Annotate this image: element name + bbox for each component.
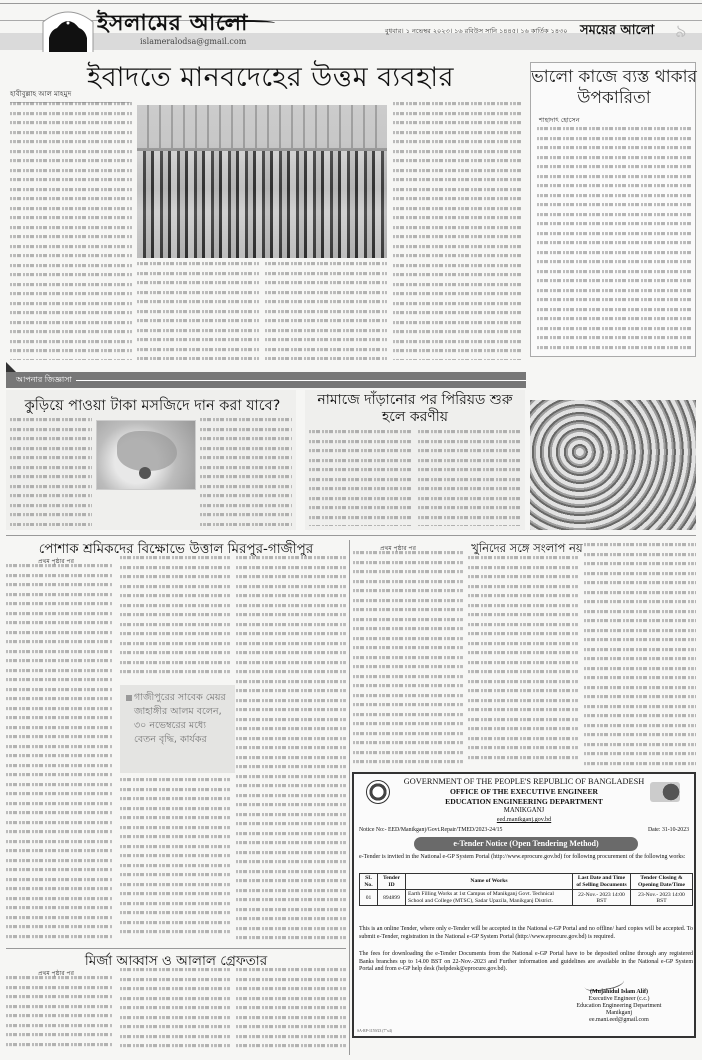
qa-right-column-1 <box>309 430 413 526</box>
office-title: OFFICE OF THE EXECUTIVE ENGINEER <box>354 787 694 796</box>
qa-left-column-1 <box>10 418 92 526</box>
lead-column-4 <box>393 102 521 360</box>
garment-column-3 <box>236 556 346 944</box>
dialogue-column-3 <box>584 543 696 766</box>
header-name-of-works: Name of Works <box>406 874 573 890</box>
notice-date: Date: 31-10-2023 <box>648 827 689 833</box>
garment-column-2b <box>120 778 230 944</box>
lead-column-1 <box>10 102 132 360</box>
mosque-icon <box>41 8 95 52</box>
masthead: ইসলামের আলো islameralodsa@gmail.com বুধব… <box>0 0 702 52</box>
side-headline: ভালো কাজে ব্যস্ত থাকার উপকারিতা <box>531 67 697 109</box>
decorative-swoosh <box>215 20 275 26</box>
lead-byline: হাবীবুল্লাহ আল মাহমুদ <box>10 88 130 103</box>
dialogue-column-2 <box>468 556 578 766</box>
header-closing-date: Tender Closing & Opening Date/Time <box>631 874 693 890</box>
coin-hand-photo <box>96 420 196 490</box>
side-article-box: ভালো কাজে ব্যস্ত থাকার উপকারিতা শাহাদাৎ … <box>530 62 696 357</box>
qa-right-headline: নামাজে দাঁড়ানোর পর পিরিয়ড শুরু হলে করণ… <box>305 392 525 426</box>
divider <box>6 948 346 949</box>
pull-quote: গাজীপুরের সাবেক মেয়র জাহাঙ্গীর আলম বলেন… <box>120 685 235 773</box>
tender-notice-ad: GOVERNMENT OF THE PEOPLE'S REPUBLIC OF B… <box>352 772 696 1038</box>
tender-intro: e-Tender is invited in the National e-GP… <box>359 854 693 862</box>
contact-email: islameralodsa@gmail.com <box>140 37 246 46</box>
header-sl: SL No. <box>360 874 378 890</box>
paper-name: সময়ের আলো <box>580 21 654 42</box>
lead-column-3 <box>265 262 387 360</box>
tender-table: SL No. Tender ID Name of Works Last Date… <box>359 873 693 906</box>
divider <box>349 540 350 1055</box>
government-title: GOVERNMENT OF THE PEOPLE'S REPUBLIC OF B… <box>354 777 694 786</box>
tender-title-banner: e-Tender Notice (Open Tendering Method) <box>414 837 638 851</box>
square-bullet-icon <box>126 695 132 701</box>
dialogue-column-1 <box>353 551 463 766</box>
calligraphy-photo <box>530 400 696 530</box>
header-last-date: Last Date and Time of Selling Documents <box>573 874 631 890</box>
website-link[interactable]: eed.manikganj.gov.bd <box>354 816 694 823</box>
notice-number: Notice No:- EED/Manikganj/Govt.Repair/TM… <box>359 827 502 833</box>
qa-left-column-2 <box>200 418 292 526</box>
divider <box>0 3 702 4</box>
page-number: ৯ <box>675 17 687 48</box>
tender-online-note: This is an online Tender, where only e-T… <box>359 926 693 941</box>
crowd-praying-photo <box>137 105 387 258</box>
newspaper-page: ইসলামের আলো islameralodsa@gmail.com বুধব… <box>0 0 702 1060</box>
signer-name: (Mujahidul Islam Alif) <box>544 989 694 995</box>
garment-column-1 <box>6 564 113 944</box>
tender-fees-note: The fees for downloading the e-Tender Do… <box>359 951 693 974</box>
lead-column-2 <box>137 262 259 360</box>
qa-right-column-2 <box>418 430 522 526</box>
side-column-text <box>537 127 691 352</box>
ad-reference: SA-RP-1159/23 (7"x4) <box>357 1029 392 1033</box>
qa-left-headline: কুড়িয়ে পাওয়া টাকা মসজিদে দান করা যাবে… <box>10 395 295 419</box>
arrest-column-1 <box>6 976 113 1056</box>
divider <box>76 380 526 381</box>
header-tender-id: Tender ID <box>378 874 406 890</box>
arrest-column-3 <box>236 968 346 1056</box>
arrest-column-2 <box>120 968 230 1056</box>
divider <box>6 535 696 536</box>
garment-column-2 <box>120 556 230 681</box>
qa-section-label: আপনার জিজ্ঞাসা <box>16 374 72 387</box>
corner-marker <box>6 362 16 372</box>
side-byline: শাহাদাৎ হোসেন <box>539 115 580 126</box>
date-line: বুধবার। ১ নভেম্বর ২০২৩। ১৬ রবিউস সানি ১৪… <box>385 26 568 37</box>
signer-details: Executive Engineer (c.c.) Education Engi… <box>544 996 694 1024</box>
district-title: MANIKGANJ <box>354 807 694 814</box>
department-title: EDUCATION ENGINEERING DEPARTMENT <box>354 797 694 806</box>
table-row: 01 894899 Earth Filling Works at 1st Cam… <box>360 890 693 906</box>
